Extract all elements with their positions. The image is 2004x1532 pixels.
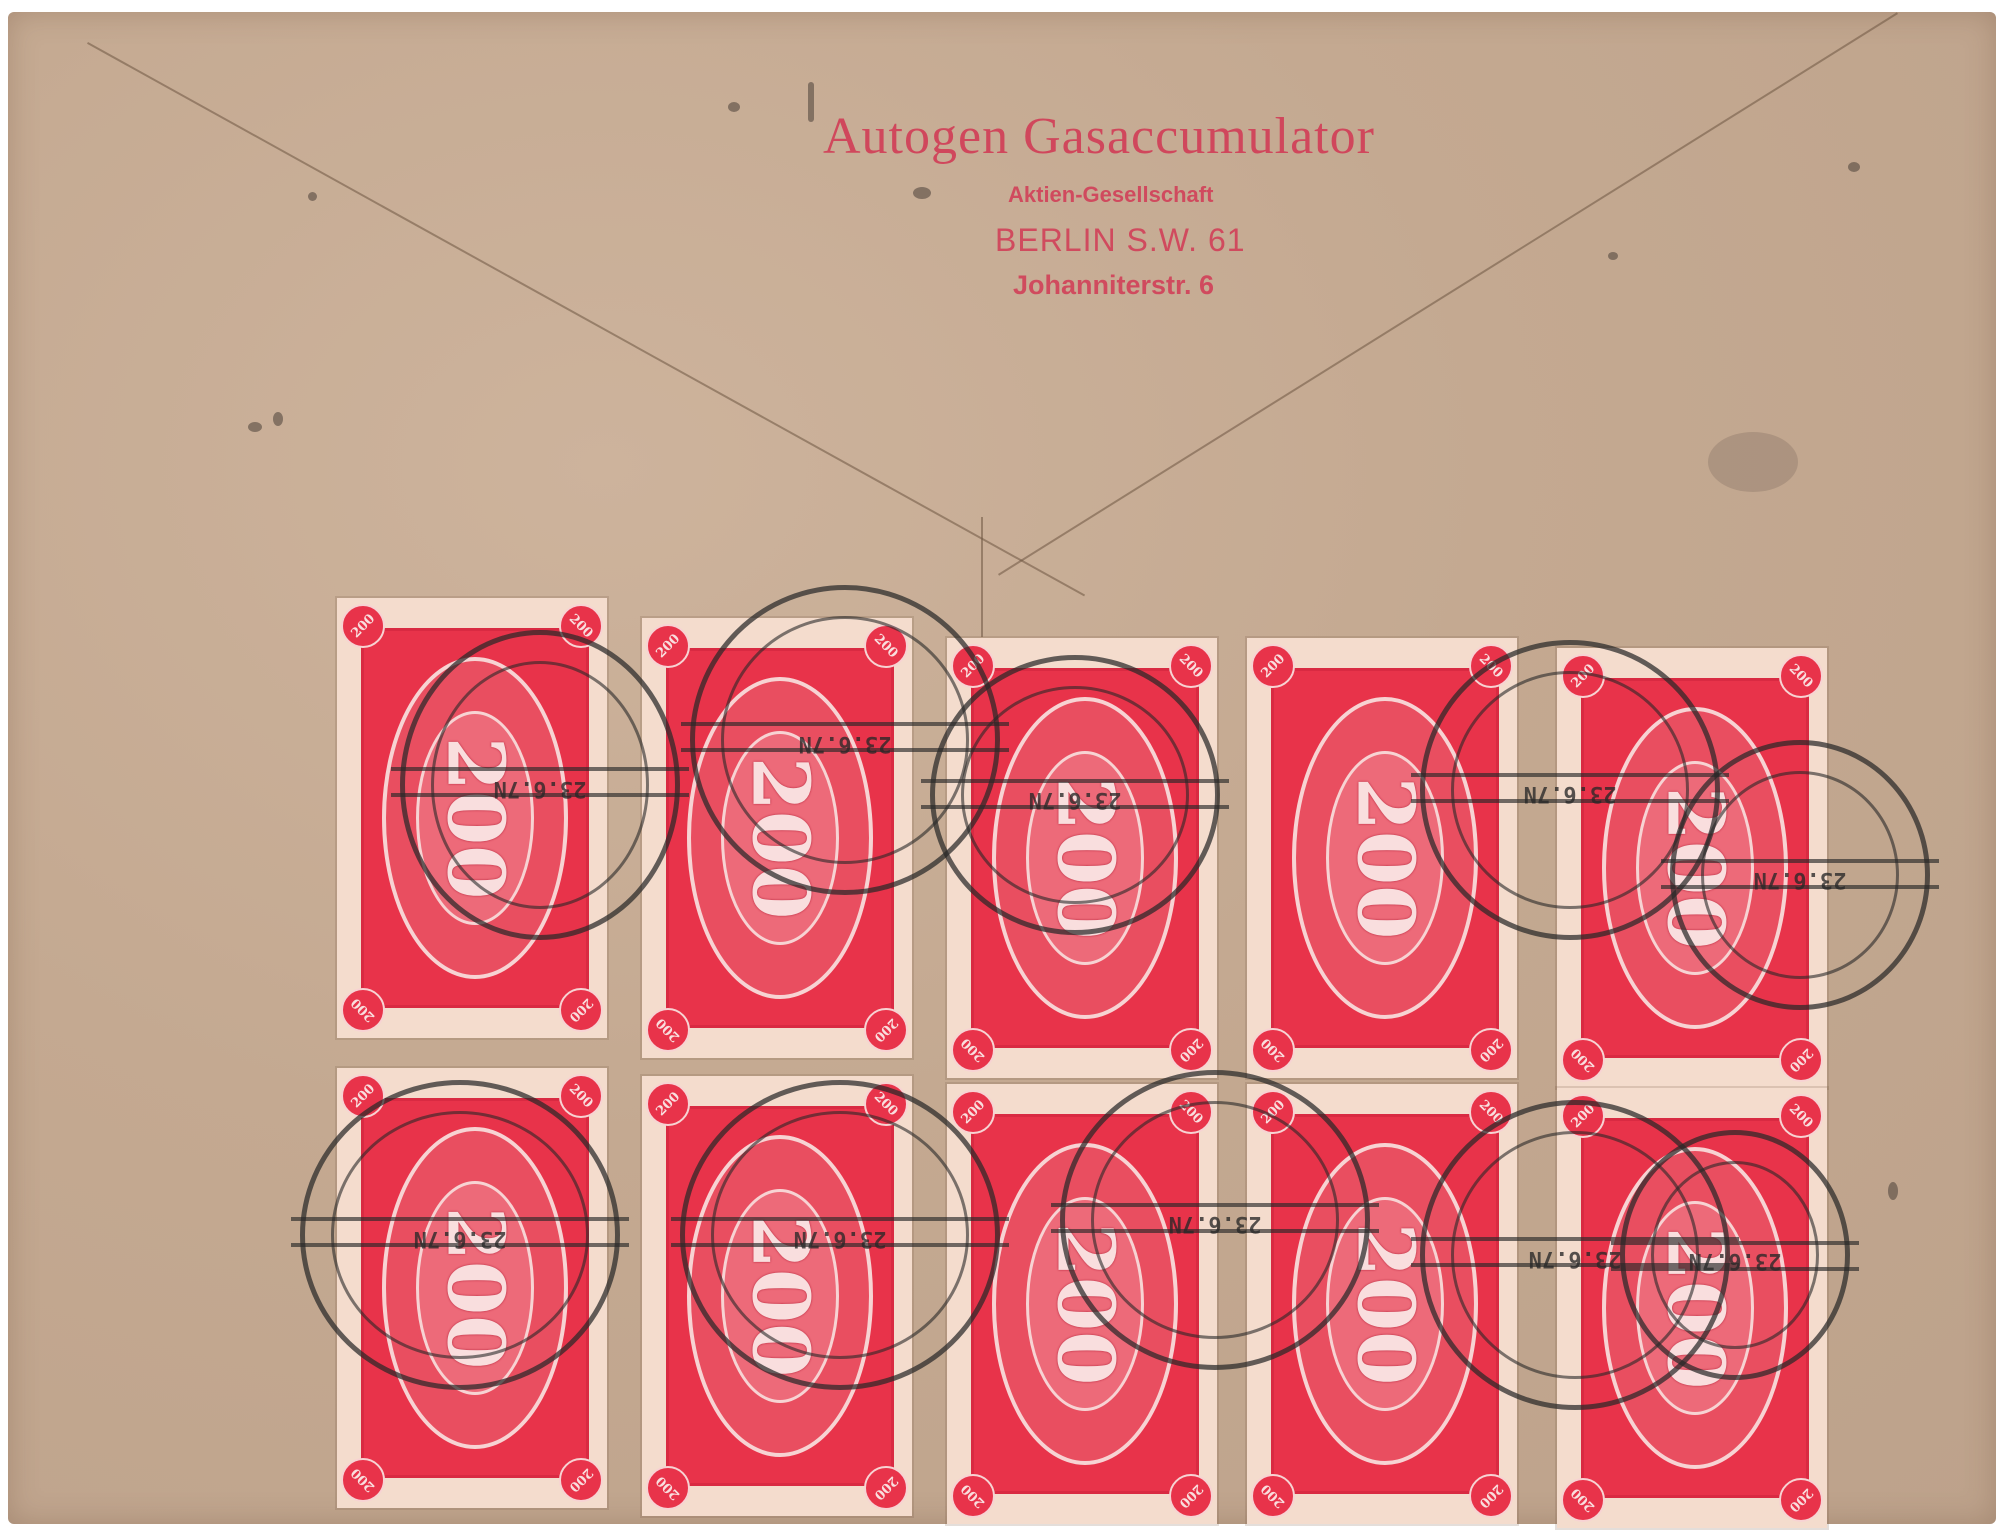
ink-speckle: [1608, 252, 1618, 260]
stamp-frame: 200: [666, 648, 894, 1028]
ink-speckle: [308, 192, 317, 201]
sender-city: BERLIN S.W. 61: [995, 222, 1246, 259]
postage-stamp: 200 200 200 200 200: [337, 1068, 607, 1508]
ink-speckle: [913, 187, 931, 199]
stamp-value: 200: [430, 1177, 521, 1399]
stamp-block: 200 200 200 200 200 200 200 200 200 200 …: [337, 598, 1857, 1528]
stamp-frame: 200: [971, 668, 1199, 1048]
stamp-frame: 200: [361, 628, 589, 1008]
stamp-value: 200: [735, 1185, 826, 1407]
postage-stamp: 200 200 200 200 200: [1247, 1084, 1517, 1524]
ink-speckle: [1888, 1182, 1898, 1200]
ink-speckle: [1848, 162, 1860, 172]
sender-street: Johanniterstr. 6: [1013, 270, 1214, 301]
stamp-value: 200: [1340, 1193, 1431, 1415]
stamp-frame: 200: [1271, 1114, 1499, 1494]
stamp-frame: 200: [1271, 668, 1499, 1048]
postage-stamp: 200 200 200 200 200: [947, 1084, 1217, 1524]
stamp-frame: 200: [1581, 678, 1809, 1058]
ink-speckle: [808, 82, 814, 122]
sender-firm-name: Autogen Gasaccumulator: [823, 107, 1375, 166]
stamp-value: 200: [1650, 757, 1741, 979]
stamp-value: 200: [1340, 747, 1431, 969]
stamp-frame: 200: [1581, 1118, 1809, 1498]
stamp-value: 200: [735, 727, 826, 949]
stamp-frame: 200: [361, 1098, 589, 1478]
postage-stamp: 200 200 200 200 200: [1557, 1088, 1827, 1528]
sender-company-form: Aktien-Gesellschaft: [1008, 182, 1213, 208]
postage-stamp: 200 200 200 200 200: [642, 1076, 912, 1516]
stamp-value: 200: [1040, 1193, 1131, 1415]
postage-stamp: 200 200 200 200 200: [642, 618, 912, 1058]
postage-stamp: 200 200 200 200 200: [1247, 638, 1517, 1078]
ink-speckle: [1708, 432, 1798, 492]
stamp-value: 200: [430, 707, 521, 929]
stamp-value: 200: [1650, 1197, 1741, 1419]
postage-stamp: 200 200 200 200 200: [947, 638, 1217, 1078]
stamp-value: 200: [1040, 747, 1131, 969]
ink-speckle: [273, 412, 283, 426]
postage-stamp: 200 200 200 200 200: [337, 598, 607, 1038]
stamp-frame: 200: [971, 1114, 1199, 1494]
stamp-frame: 200: [666, 1106, 894, 1486]
ink-speckle: [248, 422, 262, 432]
ink-speckle: [728, 102, 740, 112]
postage-stamp: 200 200 200 200 200: [1557, 648, 1827, 1088]
